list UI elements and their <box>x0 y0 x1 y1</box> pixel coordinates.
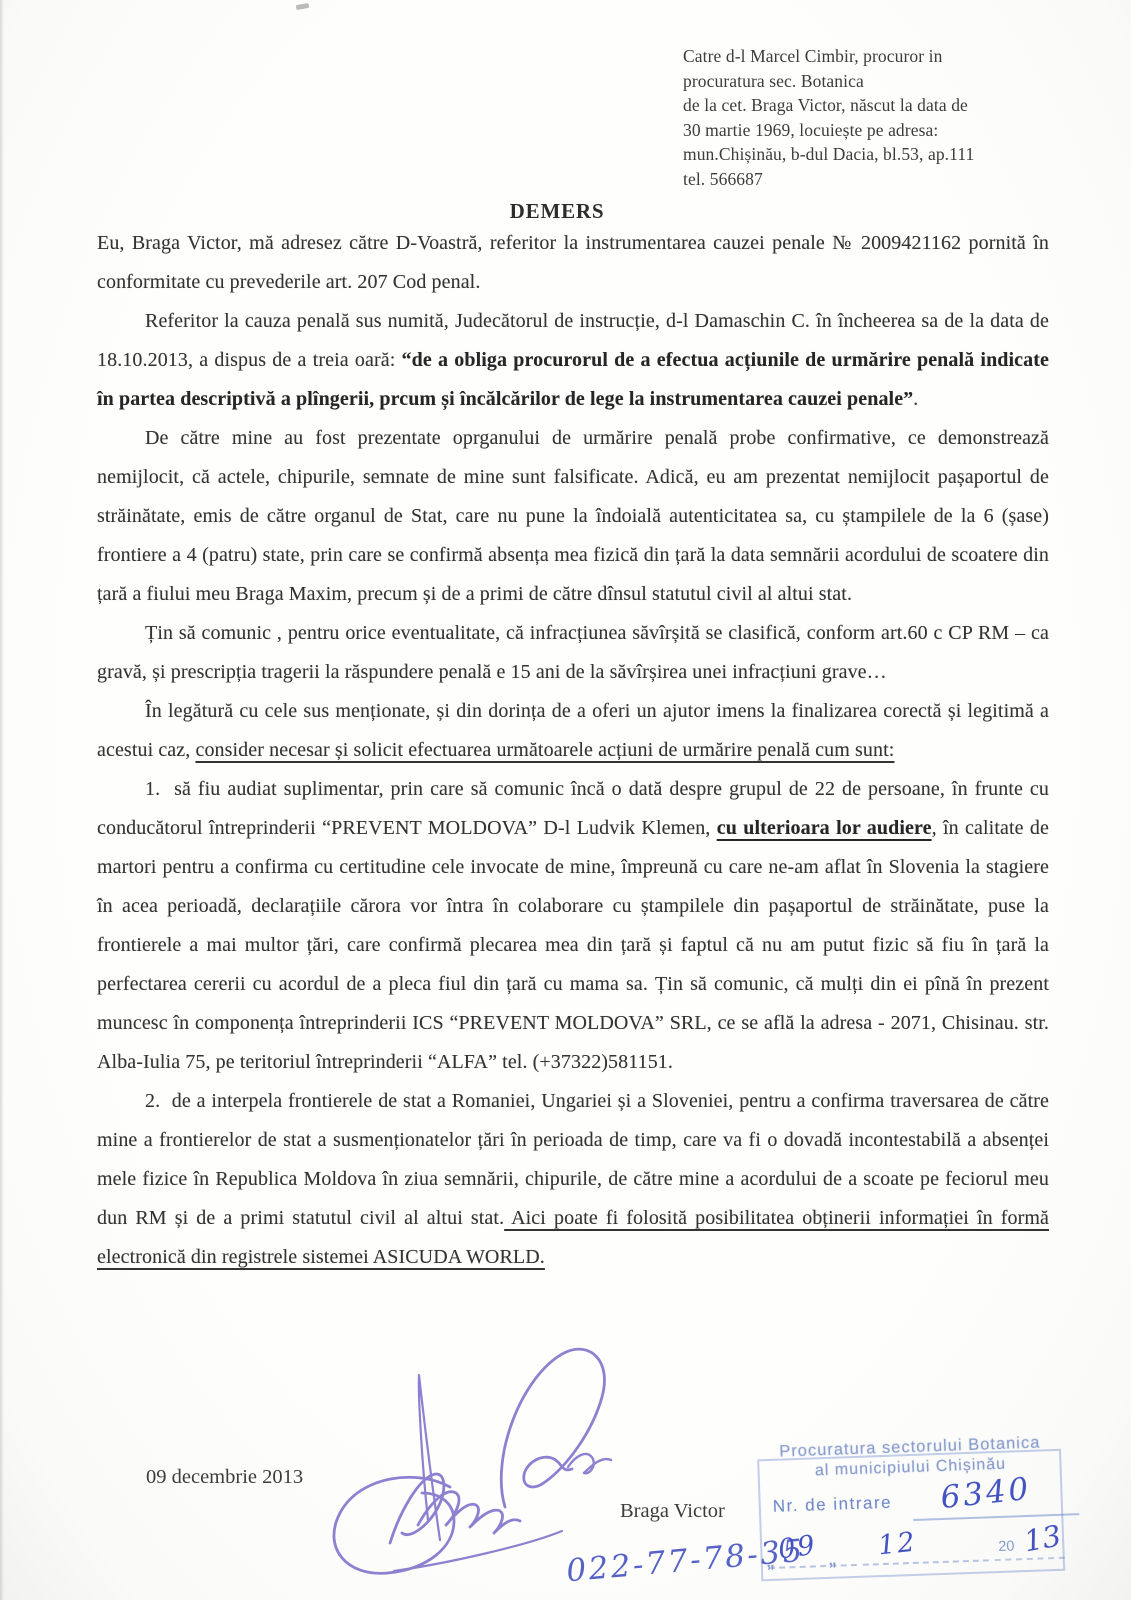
paragraph: Țin să comunic , pentru orice eventualit… <box>97 614 1049 692</box>
header-line: de la cet. Braga Victor, născut la data … <box>683 93 1083 118</box>
page-title: DEMERS <box>0 199 1114 224</box>
stamp-day-handwritten: 09 <box>776 1530 818 1566</box>
scanned-document-page: Catre d-l Marcel Cimbir, procuror inproc… <box>0 0 1131 1600</box>
stamp-entry-label: Nr. de intrare <box>772 1493 892 1516</box>
header-line: procuratura sec. Botanica <box>683 69 1083 94</box>
text-segment: De către mine au fost prezentate oprganu… <box>97 427 1049 605</box>
text-segment: Eu, Braga Victor, mă adresez către D-Voa… <box>97 232 1049 293</box>
document-body: Eu, Braga Victor, mă adresez către D-Voa… <box>97 224 1049 1277</box>
paragraph: În legătură cu cele sus menționate, și d… <box>97 692 1049 770</box>
header-line: 30 martie 1969, locuiește pe adresa: <box>683 118 1083 143</box>
stamp-year-handwritten: 13 <box>1021 1519 1063 1559</box>
text-segment: , în calitate de martori pentru a confir… <box>97 817 1049 1073</box>
paragraph: Referitor la cauza penală sus numită, Ju… <box>97 302 1049 419</box>
header-line: tel. 566687 <box>683 167 1083 192</box>
paragraph: 1. să fiu audiat suplimentar, prin care … <box>97 770 1049 1082</box>
scan-artifact-speck <box>296 3 310 10</box>
text-segment: consider necesar și solicit efectuarea u… <box>195 739 894 761</box>
stamp-month-handwritten: 12 <box>877 1527 918 1562</box>
registration-stamp: Procuratura sectorului Botanica al munic… <box>743 1434 1082 1586</box>
handwritten-signature <box>300 1335 640 1600</box>
text-segment: Țin să comunic , pentru orice eventualit… <box>97 622 1049 683</box>
text-segment: cu ulterioara lor audiere <box>717 817 932 839</box>
header-block: Catre d-l Marcel Cimbir, procuror inproc… <box>683 44 1083 192</box>
stamp-year-prefix: 20 <box>998 1538 1015 1555</box>
paragraph: Eu, Braga Victor, mă adresez către D-Voa… <box>97 224 1049 302</box>
document-date: 09 decembrie 2013 <box>146 1466 303 1489</box>
header-line: mun.Chișinău, b-dul Dacia, bl.53, ap.111 <box>683 142 1083 167</box>
header-line: Catre d-l Marcel Cimbir, procuror in <box>683 44 1083 69</box>
scan-edge-shadow <box>0 0 4 1600</box>
paragraph: De către mine au fost prezentate oprganu… <box>97 419 1049 614</box>
stamp-day-quote-open: „ <box>766 1547 774 1573</box>
text-segment: . <box>913 388 918 410</box>
paragraph: 2. de a interpela frontierele de stat a … <box>97 1082 1049 1277</box>
stamp-year-dashed-line <box>995 1557 1065 1561</box>
stamp-day-quote-close: „ <box>828 1545 836 1571</box>
